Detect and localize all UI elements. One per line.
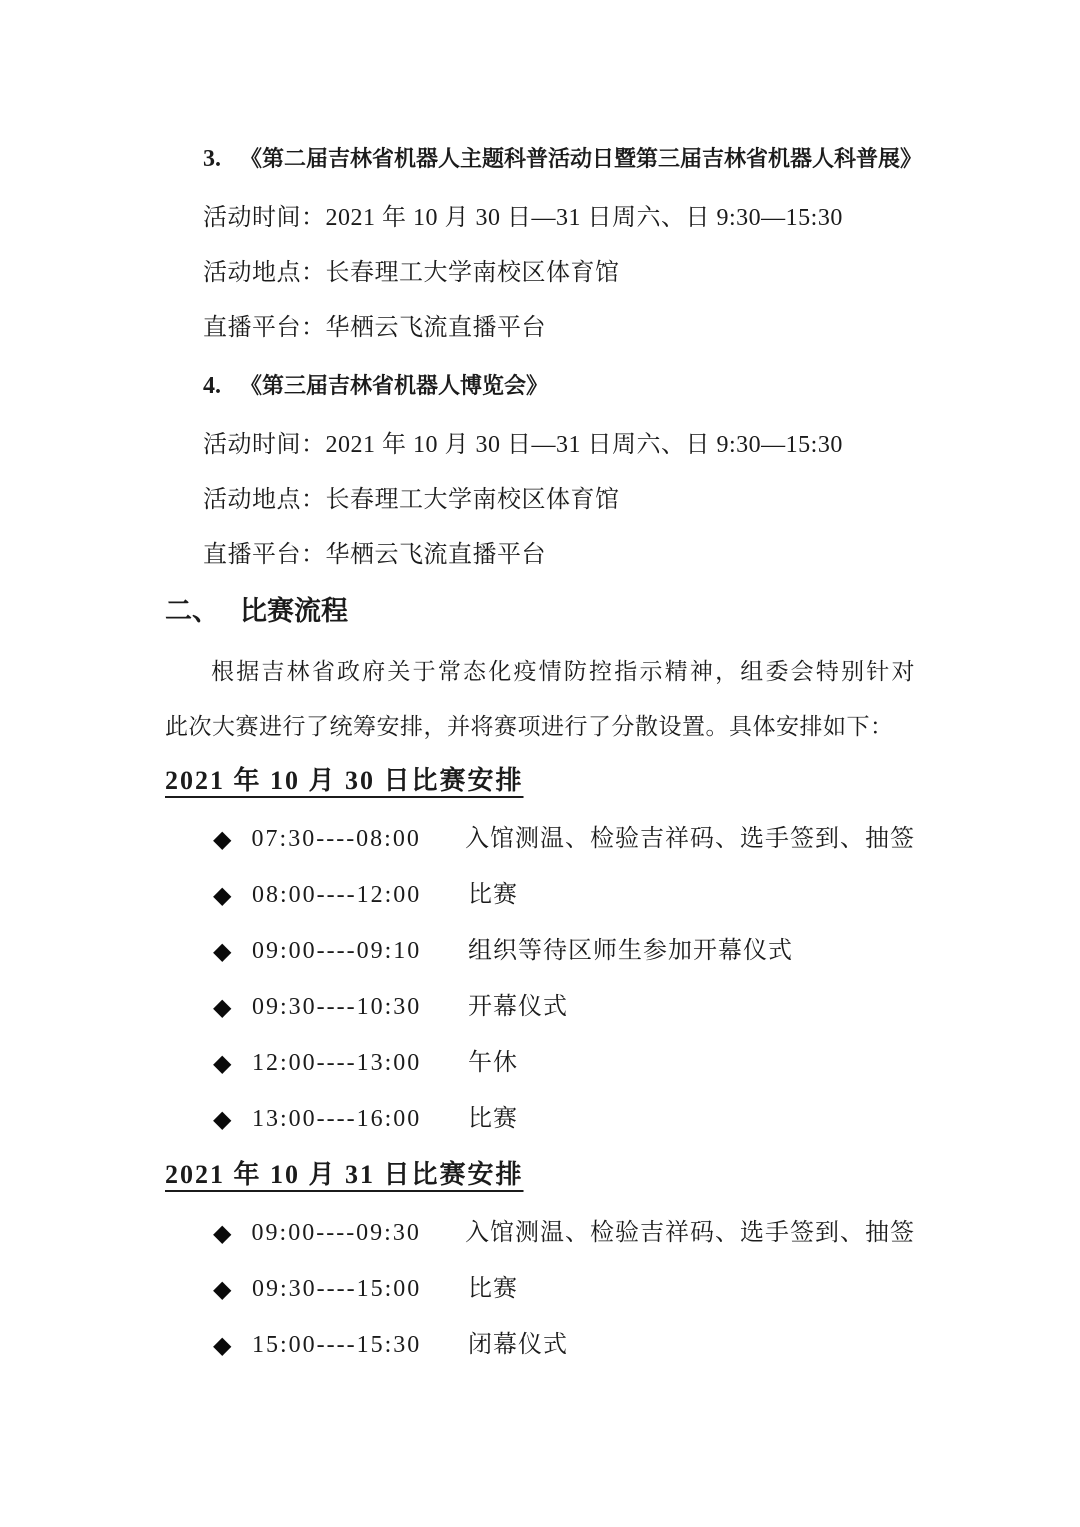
diamond-bullet-icon: ◆	[213, 1218, 252, 1248]
event-3-title-row: 3.《第二届吉林省机器人主题科普活动日暨第三届吉林省机器人科普展》	[203, 142, 915, 173]
event-4-time: 活动时间：2021 年 10 月 30 日—31 日周六、日 9:30—15:3…	[203, 430, 915, 460]
schedule-time: 09:00----09:10	[252, 936, 468, 966]
schedule-activity: 入馆测温、检验吉祥码、选手签到、抽签	[465, 824, 915, 854]
event-4-location: 活动地点：长春理工大学南校区体育馆	[203, 485, 915, 515]
section-title: 比赛流程	[240, 596, 348, 626]
schedule-time: 08:00----12:00	[252, 880, 468, 910]
diamond-bullet-icon: ◆	[213, 992, 252, 1022]
schedule-row: ◆ 12:00----13:00 午休	[213, 1048, 915, 1078]
schedule-row: ◆ 15:00----15:30 闭幕仪式	[213, 1330, 915, 1360]
schedule-row: ◆ 07:30----08:00 入馆测温、检验吉祥码、选手签到、抽签	[213, 824, 915, 854]
day2-schedule-heading: 2021 年 10 月 31 日比赛安排	[165, 1160, 915, 1190]
schedule-time: 15:00----15:30	[252, 1330, 468, 1360]
intro-paragraph: 根据吉林省政府关于常态化疫情防控指示精神，组委会特别针对 此次大赛进行了统筹安排…	[165, 644, 915, 754]
event-3-location: 活动地点：长春理工大学南校区体育馆	[203, 258, 915, 288]
event-item-3: 3.《第二届吉林省机器人主题科普活动日暨第三届吉林省机器人科普展》 活动时间：2…	[203, 142, 915, 343]
schedule-row: ◆ 09:00----09:10 组织等待区师生参加开幕仪式	[213, 936, 915, 966]
schedule-time: 12:00----13:00	[252, 1048, 468, 1078]
event-3-title: 《第二届吉林省机器人主题科普活动日暨第三届吉林省机器人科普展》	[240, 146, 922, 171]
diamond-bullet-icon: ◆	[213, 1274, 252, 1304]
paragraph-line-1: 根据吉林省政府关于常态化疫情防控指示精神，组委会特别针对	[165, 644, 915, 699]
schedule-time: 09:30----15:00	[252, 1274, 468, 1304]
schedule-activity: 入馆测温、检验吉祥码、选手签到、抽签	[465, 1218, 915, 1248]
schedule-row: ◆ 09:00----09:30 入馆测温、检验吉祥码、选手签到、抽签	[213, 1218, 915, 1248]
schedule-activity: 开幕仪式	[468, 992, 568, 1022]
diamond-bullet-icon: ◆	[213, 936, 252, 966]
day1-schedule-heading: 2021 年 10 月 30 日比赛安排	[165, 766, 915, 796]
event-item-4: 4.《第三届吉林省机器人博览会》 活动时间：2021 年 10 月 30 日—3…	[203, 369, 915, 570]
schedule-activity: 比赛	[468, 880, 518, 910]
schedule-time: 09:30----10:30	[252, 992, 468, 1022]
schedule-row: ◆ 08:00----12:00 比赛	[213, 880, 915, 910]
schedule-activity: 组织等待区师生参加开幕仪式	[468, 936, 793, 966]
schedule-activity: 比赛	[468, 1274, 518, 1304]
diamond-bullet-icon: ◆	[213, 1330, 252, 1360]
section-number: 二、	[165, 596, 240, 626]
event-4-title-row: 4.《第三届吉林省机器人博览会》	[203, 369, 915, 400]
schedule-activity: 闭幕仪式	[468, 1330, 568, 1360]
event-3-platform: 直播平台：华栖云飞流直播平台	[203, 313, 915, 343]
event-4-platform: 直播平台：华栖云飞流直播平台	[203, 540, 915, 570]
schedule-time: 09:00----09:30	[252, 1218, 465, 1248]
document-page: 3.《第二届吉林省机器人主题科普活动日暨第三届吉林省机器人科普展》 活动时间：2…	[0, 0, 1080, 1527]
schedule-activity: 比赛	[468, 1104, 518, 1134]
schedule-row: ◆ 09:30----10:30 开幕仪式	[213, 992, 915, 1022]
event-3-time: 活动时间：2021 年 10 月 30 日—31 日周六、日 9:30—15:3…	[203, 203, 915, 233]
schedule-time: 07:30----08:00	[252, 824, 465, 854]
diamond-bullet-icon: ◆	[213, 824, 252, 854]
diamond-bullet-icon: ◆	[213, 1048, 252, 1078]
schedule-time: 13:00----16:00	[252, 1104, 468, 1134]
event-4-number: 4.	[203, 373, 240, 400]
section-heading: 二、比赛流程	[165, 596, 915, 626]
schedule-activity: 午休	[468, 1048, 518, 1078]
event-3-number: 3.	[203, 146, 240, 173]
diamond-bullet-icon: ◆	[213, 880, 252, 910]
schedule-row: ◆ 13:00----16:00 比赛	[213, 1104, 915, 1134]
document-content: 3.《第二届吉林省机器人主题科普活动日暨第三届吉林省机器人科普展》 活动时间：2…	[0, 0, 1080, 1360]
paragraph-line-2: 此次大赛进行了统筹安排，并将赛项进行了分散设置。具体安排如下：	[165, 699, 915, 754]
event-4-title: 《第三届吉林省机器人博览会》	[240, 373, 548, 398]
schedule-row: ◆ 09:30----15:00 比赛	[213, 1274, 915, 1304]
diamond-bullet-icon: ◆	[213, 1104, 252, 1134]
